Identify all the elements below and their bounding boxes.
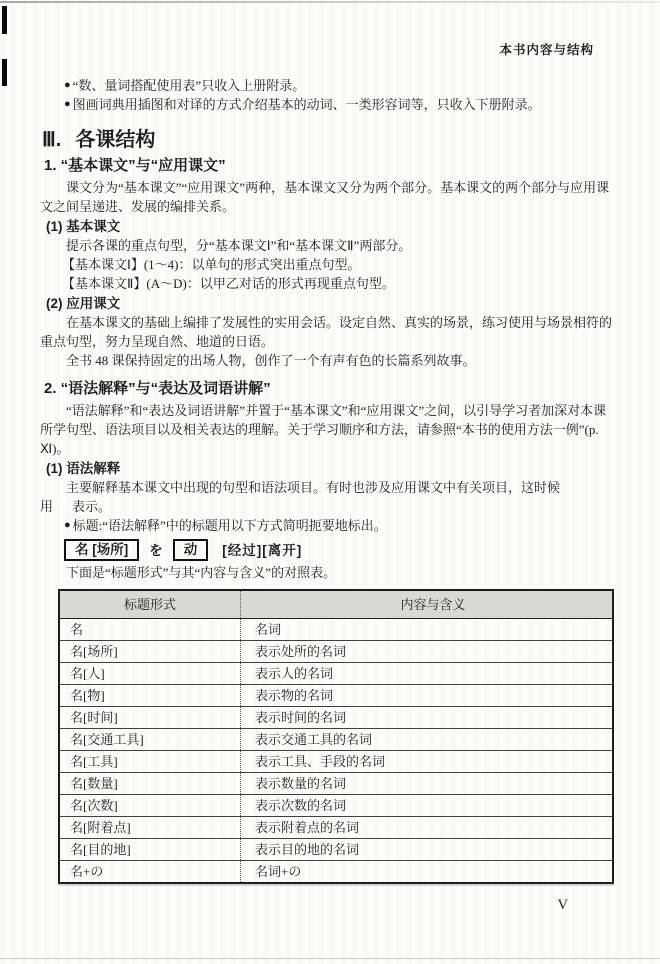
- table-cell-meaning: 表示处所的名词: [241, 641, 614, 663]
- table-row: 名[物]表示物的名词: [59, 685, 613, 707]
- table-cell-form: 名[场所]: [59, 641, 241, 663]
- table-cell-form: 名[时间]: [59, 707, 241, 729]
- paragraph: 课文分为“基本课文”“应用课文”两种，基本课文又分为两个部分。基本课文的两个部分…: [40, 178, 618, 216]
- table-row: 名+の名词+の: [59, 861, 613, 884]
- table-cell-meaning: 表示次数的名词: [241, 795, 614, 817]
- table-cell-form: 名[人]: [59, 663, 241, 685]
- table-cell-form: 名: [59, 619, 241, 641]
- table-cell-form: 名[工具]: [59, 751, 241, 773]
- part-label-applied-text: (2) 应用课文: [46, 294, 618, 313]
- section-heading: Ⅲ.各课结构: [42, 128, 618, 152]
- table-cell-form: 名[附着点]: [59, 817, 241, 839]
- paragraph: 全书 48 课保持固定的出场人物，创作了一个有声有色的长篇系列故事。: [40, 351, 618, 370]
- section-number: Ⅲ.: [42, 129, 61, 151]
- table-cell-meaning: 表示人的名词: [241, 663, 614, 685]
- table-row: 名[次数]表示次数的名词: [59, 795, 613, 817]
- scan-edge-bottom: [0, 958, 660, 959]
- table-row: 名[人]表示人的名词: [59, 663, 613, 685]
- title-note-bullet: ● 标题:“语法解释”中的标题用以下方式简明扼要地标出。: [64, 516, 618, 535]
- table-row: 名[数量]表示数量的名词: [59, 773, 613, 795]
- table-cell-meaning: 表示附着点的名词: [241, 817, 614, 839]
- table-cell-form: 名[数量]: [59, 773, 241, 795]
- comparison-table-body: 名名词名[场所]表示处所的名词名[人]表示人的名词名[物]表示物的名词名[时间]…: [59, 619, 613, 884]
- table-cell-meaning: 表示目的地的名词: [241, 839, 614, 861]
- comparison-table-head: 标题形式 内容与含义: [59, 590, 613, 619]
- book-page: 本书内容与结构 ● “数、量词搭配使用表”只收入上册附录。 ● 图画词典用插图和…: [0, 0, 660, 964]
- table-cell-meaning: 名词: [241, 619, 614, 641]
- basic-text-item: 【基本课文Ⅱ】(A～D)：以甲乙对话的形式再现重点句型。: [62, 274, 618, 293]
- table-row: 名[交通工具]表示交通工具的名词: [59, 729, 613, 751]
- intro-bullet-text: 图画词典用插图和对译的方式介绍基本的动词、一类形容词等，只收入下册附录。: [73, 95, 541, 114]
- paragraph: 在基本课文的基础上编排了发展性的实用会话。设定自然、真实的场景，练习使用与场景相…: [40, 313, 618, 351]
- page-number: V: [558, 897, 568, 914]
- text-after-icon: 表示。: [72, 499, 111, 514]
- part-label-basic-text: (1) 基本课文: [46, 217, 618, 236]
- text-before-icon: 用: [40, 499, 53, 514]
- pattern-box-verb: 动: [173, 539, 209, 561]
- intro-bullet-text: “数、量词搭配使用表”只收入上册附录。: [73, 76, 306, 95]
- paragraph: “语法解释”和“表达及词语讲解”并置于“基本课文”和“应用课文”之间，以引导学习…: [40, 401, 618, 458]
- bullet-dot-icon: ●: [64, 516, 71, 535]
- pattern-suffix: [经过][离开]: [222, 541, 302, 560]
- intro-bullet: ● 图画词典用插图和对译的方式介绍基本的动词、一类形容词等，只收入下册附录。: [64, 95, 618, 114]
- table-row: 名[工具]表示工具、手段的名词: [59, 751, 613, 773]
- comparison-table: 标题形式 内容与含义 名名词名[场所]表示处所的名词名[人]表示人的名词名[物]…: [58, 589, 614, 884]
- bullet-dot-icon: ●: [64, 76, 71, 95]
- table-row: 名[目的地]表示目的地的名词: [59, 839, 613, 861]
- title-pattern-example: 名 [场所] を 动 [经过][离开]: [64, 539, 618, 561]
- paragraph: 提示各课的重点句型，分“基本课文Ⅰ”和“基本课文Ⅱ”两部分。: [40, 236, 618, 255]
- table-row: 名[时间]表示时间的名词: [59, 707, 613, 729]
- page-content: ● “数、量词搭配使用表”只收入上册附录。 ● 图画词典用插图和对译的方式介绍基…: [40, 76, 618, 884]
- table-cell-meaning: 表示数量的名词: [241, 773, 614, 795]
- pattern-box-noun: 名 [场所]: [64, 539, 139, 561]
- table-cell-meaning: 名词+の: [241, 861, 614, 884]
- bullet-dot-icon: ●: [64, 95, 71, 114]
- pattern-particle: を: [149, 541, 163, 560]
- table-header-row: 标题形式 内容与含义: [59, 590, 613, 619]
- paragraph: 主要解释基本课文中出现的句型和语法项目。有时也涉及应用课文中有关项目，这时候: [40, 478, 618, 497]
- table-cell-meaning: 表示时间的名词: [241, 707, 614, 729]
- part-label-grammar: (1) 语法解释: [46, 459, 618, 478]
- scan-gutter-mark: [2, 59, 7, 86]
- table-cell-form: 名[物]: [59, 685, 241, 707]
- table-cell-meaning: 表示交通工具的名词: [241, 729, 614, 751]
- table-row: 名名词: [59, 619, 613, 641]
- table-cell-form: 名[交通工具]: [59, 729, 241, 751]
- paragraph-with-icon: 用表示。: [40, 497, 618, 516]
- table-row: 名[附着点]表示附着点的名词: [59, 817, 613, 839]
- table-cell-form: 名+の: [59, 861, 241, 884]
- table-cell-form: 名[目的地]: [59, 839, 241, 861]
- running-header: 本书内容与结构: [499, 40, 594, 58]
- table-cell-meaning: 表示物的名词: [241, 685, 614, 707]
- title-note-text: 标题:“语法解释”中的标题用以下方式简明扼要地标出。: [73, 516, 387, 535]
- table-header-form: 标题形式: [59, 590, 241, 619]
- subsection-2-heading: 2. “语法解释”与“表达及词语讲解”: [44, 379, 618, 399]
- table-intro: 下面是“标题形式”与其“内容与含义”的对照表。: [40, 563, 618, 582]
- section-title: 各课结构: [75, 129, 155, 151]
- basic-text-item: 【基本课文Ⅰ】(1～4)：以单句的形式突出重点句型。: [62, 255, 618, 274]
- table-cell-form: 名[次数]: [59, 795, 241, 817]
- application-text-marker-icon: [55, 499, 70, 513]
- scan-gutter-mark: [2, 6, 7, 34]
- intro-bullet: ● “数、量词搭配使用表”只收入上册附录。: [64, 76, 618, 95]
- table-header-meaning: 内容与含义: [241, 590, 614, 619]
- table-cell-meaning: 表示工具、手段的名词: [241, 751, 614, 773]
- subsection-1-heading: 1. “基本课文”与“应用课文”: [44, 156, 618, 176]
- table-row: 名[场所]表示处所的名词: [59, 641, 613, 663]
- scan-edge-top: [0, 1, 660, 3]
